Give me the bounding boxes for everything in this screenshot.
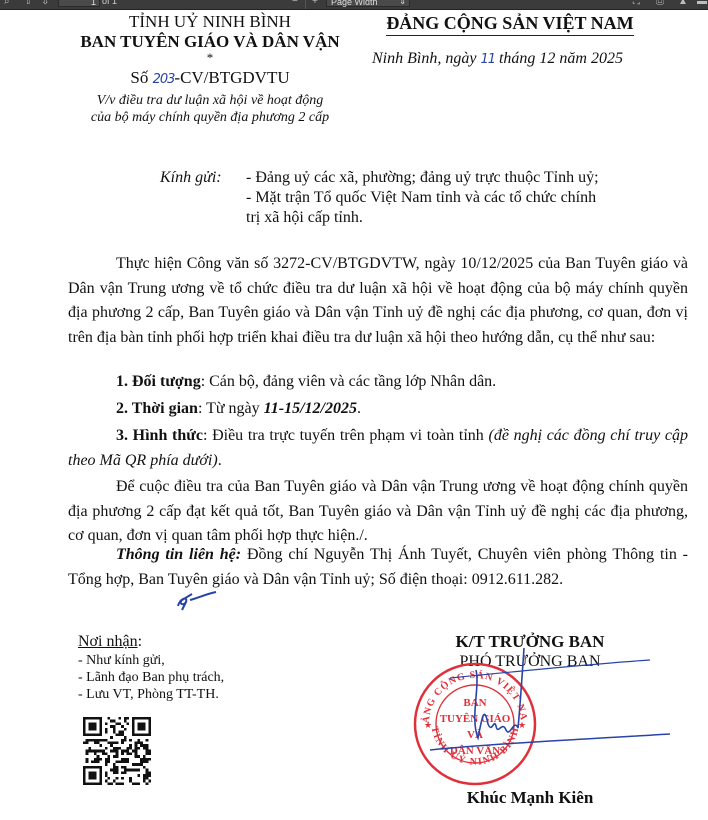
select-arrows-icon: ⇕: [399, 0, 406, 7]
addressee-item: trị xã hội cấp tỉnh.: [246, 208, 599, 228]
recipient-item: - Lãnh đạo Ban phụ trách,: [78, 669, 224, 686]
issuer-name: BAN TUYÊN GIÁO VÀ DÂN VẬN: [60, 32, 360, 52]
qr-code[interactable]: [83, 717, 151, 785]
recipient-item: - Như kính gửi,: [78, 652, 224, 669]
pdf-toolbar: ⌕ ⇧ ⇩ 1 of 1 − + Page Width ⇕ ⛶ ⎙ ▲ ▬: [0, 0, 708, 10]
item-method: 3. Hình thức: Điều tra trực tuyến trên p…: [68, 424, 688, 473]
addressee-item: - Mặt trận Tổ quốc Việt Nam tỉnh và các …: [246, 188, 599, 208]
handwritten-number: 203: [153, 72, 175, 87]
zoom-out-button[interactable]: −: [292, 0, 298, 6]
search-icon[interactable]: ⌕: [4, 0, 10, 6]
document-page: TỈNH UỶ NINH BÌNH BAN TUYÊN GIÁO VÀ DÂN …: [0, 0, 708, 820]
addressee-item: - Đảng uỷ các xã, phường; đảng uỷ trực t…: [246, 168, 599, 188]
contact-paragraph: Thông tin liên hệ: Đồng chí Nguyễn Thị Á…: [68, 543, 688, 592]
more-icon[interactable]: ▬: [697, 0, 707, 6]
arrow-down-icon[interactable]: ⇩: [41, 0, 49, 6]
intro-paragraph: Thực hiện Công văn số 3272-CV/BTGDVTW, n…: [68, 252, 688, 350]
divider: [305, 0, 306, 9]
print-icon[interactable]: ⎙: [656, 0, 664, 6]
subject-line-1: V/v điều tra dư luận xã hội về hoạt động: [60, 92, 360, 109]
doc-number: Số 203-CV/BTGDVTU: [60, 66, 360, 92]
addressee-label: Kính gửi:: [160, 168, 222, 188]
star-mark: *: [60, 52, 360, 64]
page-total: of 1: [102, 0, 117, 6]
issuer-parent: TỈNH UỶ NINH BÌNH: [60, 12, 360, 32]
party-header: ĐẢNG CỘNG SẢN VIỆT NAM: [360, 12, 660, 36]
item-target: 1. Đối tượng: Cán bộ, đảng viên và các t…: [68, 370, 708, 395]
signer-name: Khúc Mạnh Kiên: [430, 788, 630, 808]
handwritten-day: 11: [480, 52, 495, 67]
date-line: Ninh Bình, ngày 11 tháng 12 năm 2025: [372, 50, 623, 68]
item-time: 2. Thời gian: Từ ngày 11-15/12/2025.: [68, 397, 708, 422]
party-name: ĐẢNG CỘNG SẢN VIỆT NAM: [386, 12, 633, 36]
recipient-item: - Lưu VT, Phòng TT-TH.: [78, 686, 224, 703]
addressee-list: - Đảng uỷ các xã, phường; đảng uỷ trực t…: [246, 168, 599, 228]
image-icon[interactable]: ▲: [678, 0, 688, 6]
fullscreen-icon[interactable]: ⛶: [633, 0, 640, 6]
arrow-up-icon[interactable]: ⇧: [24, 0, 32, 6]
page-number-input[interactable]: 1: [58, 0, 100, 7]
zoom-select[interactable]: Page Width ⇕: [326, 0, 410, 7]
issuer-block: TỈNH UỶ NINH BÌNH BAN TUYÊN GIÁO VÀ DÂN …: [60, 12, 360, 126]
handwritten-signature-icon: [430, 648, 670, 768]
subject-line-2: của bộ máy chính quyền địa phương 2 cấp: [60, 109, 360, 126]
zoom-in-button[interactable]: +: [312, 0, 318, 6]
closing-paragraph: Để cuộc điều tra của Ban Tuyên giáo và D…: [68, 475, 688, 549]
recipients-title: Nơi nhận: [78, 633, 138, 650]
recipients-block: Nơi nhận: - Như kính gửi, - Lãnh đạo Ban…: [78, 632, 224, 703]
initial-mark-icon: [172, 590, 220, 612]
